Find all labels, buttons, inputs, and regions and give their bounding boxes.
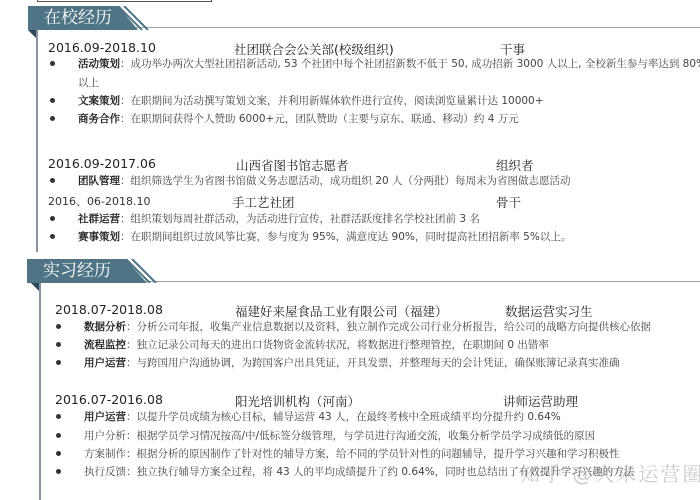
bullet-dot	[56, 433, 61, 438]
entry-role: 骨干	[496, 193, 521, 211]
entry-date: 2016.07-2016.08	[55, 392, 163, 407]
entry-org: 山西省图书馆志愿者	[236, 156, 349, 174]
section-header-internship: 实习经历	[27, 259, 147, 283]
section-2-divider	[140, 281, 700, 282]
section-1-vertical-rule	[36, 30, 38, 252]
bullet-dot	[50, 234, 55, 239]
bullet-dot	[50, 61, 55, 66]
bullet-dot	[50, 178, 55, 183]
bullet-dot	[56, 414, 61, 419]
entry-org: 福建好来屋食品工业有限公司（福建）	[235, 302, 448, 320]
entry-role: 组织者	[496, 156, 534, 174]
entry-date: 2016.09-2017.06	[48, 156, 156, 171]
bullet-dot	[50, 98, 55, 103]
section-header-campus: 在校经历	[28, 6, 138, 30]
section-1-divider	[130, 27, 700, 28]
tab-stripes-decoration	[116, 6, 156, 30]
bullet-dot	[56, 451, 61, 456]
entry-date: 2016.09-2018.10	[48, 40, 156, 55]
previous-section-box-edge	[37, 0, 212, 2]
entry-org: 手工艺社团	[232, 193, 295, 211]
bullet-dot	[56, 324, 61, 329]
bullet-dot	[50, 216, 55, 221]
entry-role: 讲师运营助理	[503, 392, 578, 410]
bullet-dot	[56, 360, 61, 365]
bullet-dot	[56, 342, 61, 347]
tab-stripes-decoration	[124, 259, 164, 283]
bullet-continuation: 以上	[78, 75, 99, 90]
entry-date: 2016、06-2018.10	[48, 193, 150, 209]
watermark: 知乎 @大米运营圈	[520, 458, 700, 487]
tab-fold-corner	[31, 283, 39, 291]
section-2-vertical-rule	[39, 282, 41, 500]
entry-role: 数据运营实习生	[505, 302, 593, 320]
tab-fold-corner	[28, 30, 36, 38]
entry-date: 2018.07-2018.08	[55, 302, 163, 317]
bullet-dot	[56, 469, 61, 474]
entry-org: 阳光培训机构（河南）	[235, 392, 360, 410]
bullet-dot	[50, 116, 55, 121]
